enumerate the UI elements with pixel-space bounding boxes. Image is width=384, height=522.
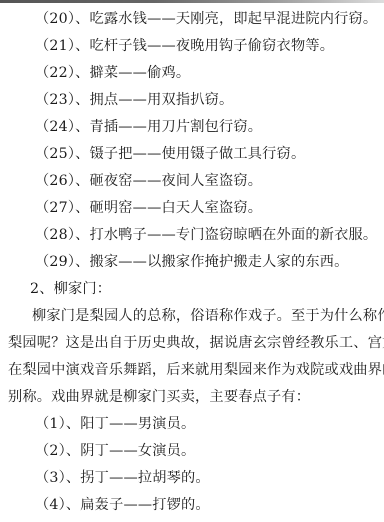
list-item: （21）、吃杆子钱——夜晚用钩子偷窃衣物等。 (35, 36, 334, 56)
list-item: （20）、吃露水钱——天刚亮，即起早混进院内行窃。 (35, 9, 377, 29)
list-item: （25）、镊子把——使用镊子做工具行窃。 (35, 144, 305, 164)
paragraph-line: 在梨园中演戏音乐舞蹈，后来就用梨园来作为戏院或戏曲界的 (8, 360, 384, 380)
paragraph-line: 别称。戏曲界就是柳家门买卖，主要春点子有： (8, 387, 310, 407)
list-item: （24）、青插——用刀片割包行窃。 (35, 117, 262, 137)
paragraph-line: 柳家门是梨园人的总称，俗语称作戏子。至于为什么称作 (32, 306, 384, 326)
list-item: （26）、砸夜窑——夜间人室盗窃。 (35, 171, 262, 191)
section-heading: 2、柳家门： (30, 279, 111, 299)
list-item: （4）、扁轰子——打锣的。 (35, 495, 210, 515)
list-item: （28）、打水鸭子——专门盗窃晾晒在外面的新衣服。 (35, 225, 377, 245)
scan-top-edge (0, 0, 384, 3)
list-item: （1）、阳丁——男演员。 (35, 414, 195, 434)
list-item: （23）、拥点——用双指扒窃。 (35, 90, 233, 110)
list-item: （3）、拐丁——拉胡琴的。 (35, 468, 210, 488)
list-item: （27）、砸明窑——白天人室盗窃。 (35, 198, 262, 218)
list-item: （2）、阴丁——女演员。 (35, 441, 195, 461)
list-item: （29）、搬家——以搬家作掩护搬走人家的东西。 (35, 252, 349, 272)
list-item: （22）、擗菜——偷鸡。 (35, 63, 190, 83)
paragraph-line: 梨园呢？这是出自于历史典故，据说唐玄宗曾经教乐工、宫女 (8, 333, 384, 353)
